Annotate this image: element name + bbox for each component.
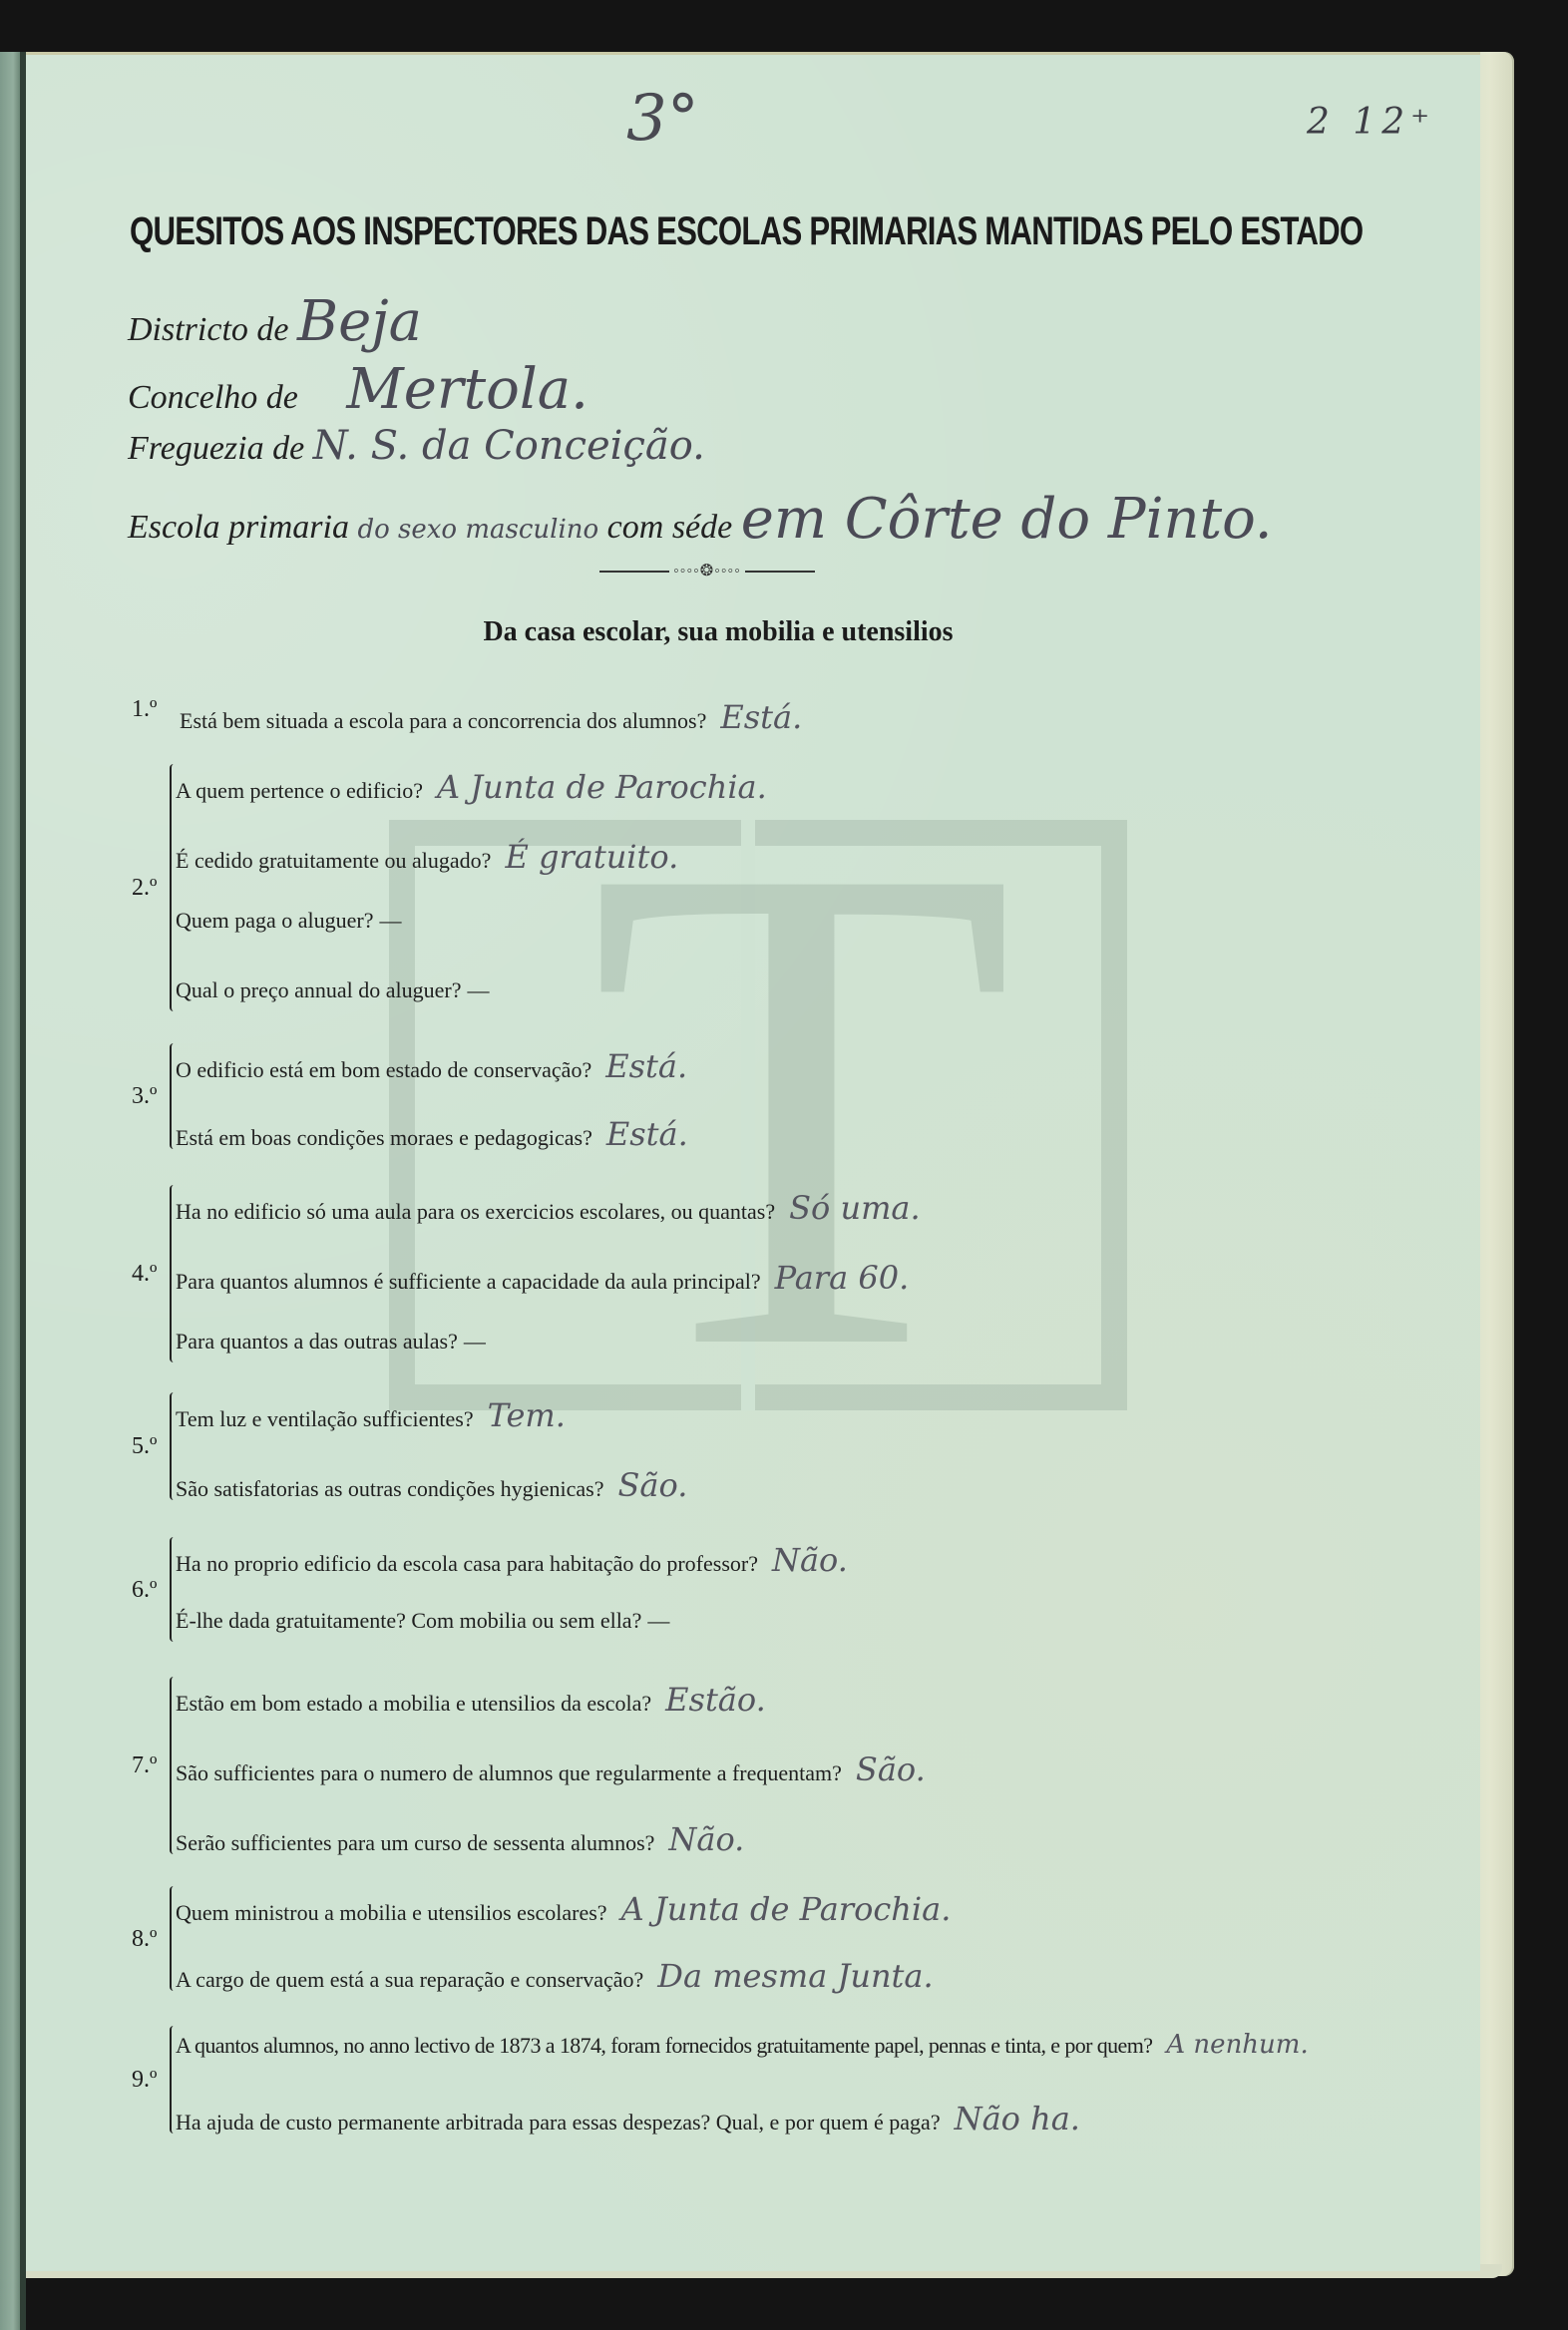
- question-text: Estão em bom estado a mobilia e utensili…: [176, 1691, 651, 1716]
- question-text: São satisfatorias as outras condições hy…: [176, 1476, 603, 1501]
- question-item: Para quantos alumnos é sufficiente a cap…: [176, 1259, 909, 1297]
- escola-sede-value: em Côrte do Pinto.: [741, 487, 1273, 552]
- handwritten-answer: Não.: [772, 1541, 848, 1579]
- handwritten-answer: Está.: [606, 1115, 688, 1153]
- handwritten-answer: São.: [856, 1750, 926, 1788]
- question-text: Ha ajuda de custo permanente arbitrada p…: [176, 2110, 941, 2135]
- handwritten-answer: A Junta de Parochia.: [437, 768, 767, 806]
- question-item: São satisfatorias as outras condições hy…: [176, 1466, 687, 1504]
- question-text: Quem ministrou a mobilia e utensilios es…: [176, 1900, 607, 1925]
- handwritten-answer: Estão.: [665, 1681, 766, 1719]
- question-item: A quantos alumnos, no anno lectivo de 18…: [176, 2030, 1309, 2060]
- handwritten-answer: Da mesma Junta.: [657, 1957, 933, 1995]
- question-number: 8.º: [132, 1926, 157, 1953]
- field-concelho: Concelho de Mertola.: [128, 357, 588, 422]
- question-text: Para quantos alumnos é sufficiente a cap…: [176, 1269, 761, 1294]
- question-item: É cedido gratuitamente ou alugado?É grat…: [176, 838, 678, 876]
- question-item: Tem luz e ventilação sufficientes?Tem.: [176, 1396, 566, 1434]
- question-number: 1.º: [132, 696, 157, 723]
- folio-number: 2 12⁺: [1307, 102, 1435, 143]
- question-number: 4.º: [132, 1261, 157, 1288]
- handwritten-answer: A nenhum.: [1166, 2030, 1308, 2060]
- handwritten-answer: Não.: [668, 1820, 744, 1858]
- page-number-handwritten: 3°: [626, 82, 699, 156]
- question-item: São sufficientes para o numero de alumno…: [176, 1750, 926, 1788]
- handwritten-answer: A Junta de Parochia.: [621, 1890, 952, 1928]
- handwritten-answer: São.: [617, 1466, 687, 1504]
- question-item: Quem ministrou a mobilia e utensilios es…: [176, 1890, 951, 1928]
- question-item: Ha ajuda de custo permanente arbitrada p…: [176, 2100, 1080, 2137]
- escola-sexo: do sexo masculino: [357, 515, 598, 545]
- question-text: Quem paga o aluguer?: [176, 908, 374, 933]
- handwritten-answer: Está.: [720, 698, 802, 736]
- question-number: 9.º: [132, 2067, 157, 2094]
- concelho-label: Concelho de: [128, 379, 298, 416]
- question-number: 2.º: [132, 875, 157, 902]
- handwritten-answer: Para 60.: [775, 1259, 910, 1297]
- question-item: Ha no edificio só uma aula para os exerc…: [176, 1189, 921, 1227]
- question-item: O edificio está em bom estado de conserv…: [176, 1047, 687, 1085]
- question-item: A quem pertence o edificio?A Junta de Pa…: [176, 768, 767, 806]
- question-text: Para quantos a das outras aulas?: [176, 1329, 458, 1354]
- freguezia-value: N. S. da Conceição.: [313, 423, 705, 469]
- question-text: Está em boas condições moraes e pedagogi…: [176, 1125, 592, 1150]
- question-text: A quem pertence o edificio?: [176, 778, 423, 803]
- question-item: Está em boas condições moraes e pedagogi…: [176, 1115, 688, 1153]
- question-item: A cargo de quem está a sua reparação e c…: [176, 1957, 934, 1995]
- handwritten-answer: É gratuito.: [505, 838, 678, 876]
- question-text: É cedido gratuitamente ou alugado?: [176, 848, 491, 873]
- handwritten-answer: Está.: [605, 1047, 687, 1085]
- handwritten-answer: Não ha.: [955, 2100, 1080, 2137]
- question-item: Qual o preço annual do aluguer?—: [176, 977, 490, 1003]
- escola-sede-label: com séde: [607, 509, 733, 546]
- question-item: Estão em bom estado a mobilia e utensili…: [176, 1681, 766, 1719]
- districto-label: Districto de: [128, 311, 288, 348]
- question-text: Ha no proprio edificio da escola casa pa…: [176, 1551, 758, 1576]
- districto-value: Beja: [297, 289, 422, 354]
- question-number: 6.º: [132, 1577, 157, 1604]
- question-text: Ha no edificio só uma aula para os exerc…: [176, 1199, 775, 1224]
- question-text: A quantos alumnos, no anno lectivo de 18…: [176, 2033, 1152, 2058]
- question-text: Qual o preço annual do aluguer?: [176, 977, 462, 1002]
- question-text: Está bem situada a escola para a concorr…: [180, 708, 706, 733]
- question-number: 3.º: [132, 1083, 157, 1110]
- question-text: São sufficientes para o numero de alumno…: [176, 1760, 842, 1785]
- field-escola: Escola primaria do sexo masculino com sé…: [128, 487, 1273, 552]
- question-item: Quem paga o aluguer?—: [176, 908, 402, 934]
- handwritten-answer: Só uma.: [789, 1189, 921, 1227]
- handwritten-answer: —: [468, 977, 490, 1002]
- question-text: A cargo de quem está a sua reparação e c…: [176, 1967, 643, 1992]
- question-item: Ha no proprio edificio da escola casa pa…: [176, 1541, 848, 1579]
- section-title: Da casa escolar, sua mobilia e utensilio…: [339, 616, 1097, 648]
- concelho-value: Mertola.: [346, 357, 588, 422]
- ornament-divider: ◦◦◦◦❂◦◦◦◦: [562, 561, 853, 581]
- handwritten-answer: —: [647, 1608, 669, 1633]
- page-title: QUESITOS AOS INSPECTORES DAS ESCOLAS PRI…: [130, 209, 1374, 254]
- previous-page-edge: [0, 52, 22, 2330]
- question-item: Serão sufficientes para um curso de sess…: [176, 1820, 744, 1858]
- question-item: Para quantos a das outras aulas?—: [176, 1329, 486, 1355]
- question-text: É-lhe dada gratuitamente? Com mobilia ou…: [176, 1608, 641, 1633]
- question-text: Tem luz e ventilação sufficientes?: [176, 1406, 474, 1431]
- field-districto: Districto de Beja: [128, 289, 422, 354]
- question-number: 5.º: [132, 1433, 157, 1460]
- field-freguezia: Freguezia de N. S. da Conceição.: [128, 423, 705, 469]
- question-number: 7.º: [132, 1752, 157, 1779]
- question-text: Serão sufficientes para um curso de sess…: [176, 1830, 654, 1855]
- handwritten-answer: Tem.: [488, 1396, 566, 1434]
- handwritten-answer: —: [464, 1329, 486, 1354]
- handwritten-answer: —: [380, 908, 402, 933]
- escola-label: Escola primaria: [128, 509, 349, 546]
- question-item: É-lhe dada gratuitamente? Com mobilia ou…: [176, 1608, 669, 1634]
- question-text: O edificio está em bom estado de conserv…: [176, 1057, 591, 1082]
- freguezia-label: Freguezia de: [128, 430, 304, 467]
- question-item: Está bem situada a escola para a concorr…: [180, 698, 802, 736]
